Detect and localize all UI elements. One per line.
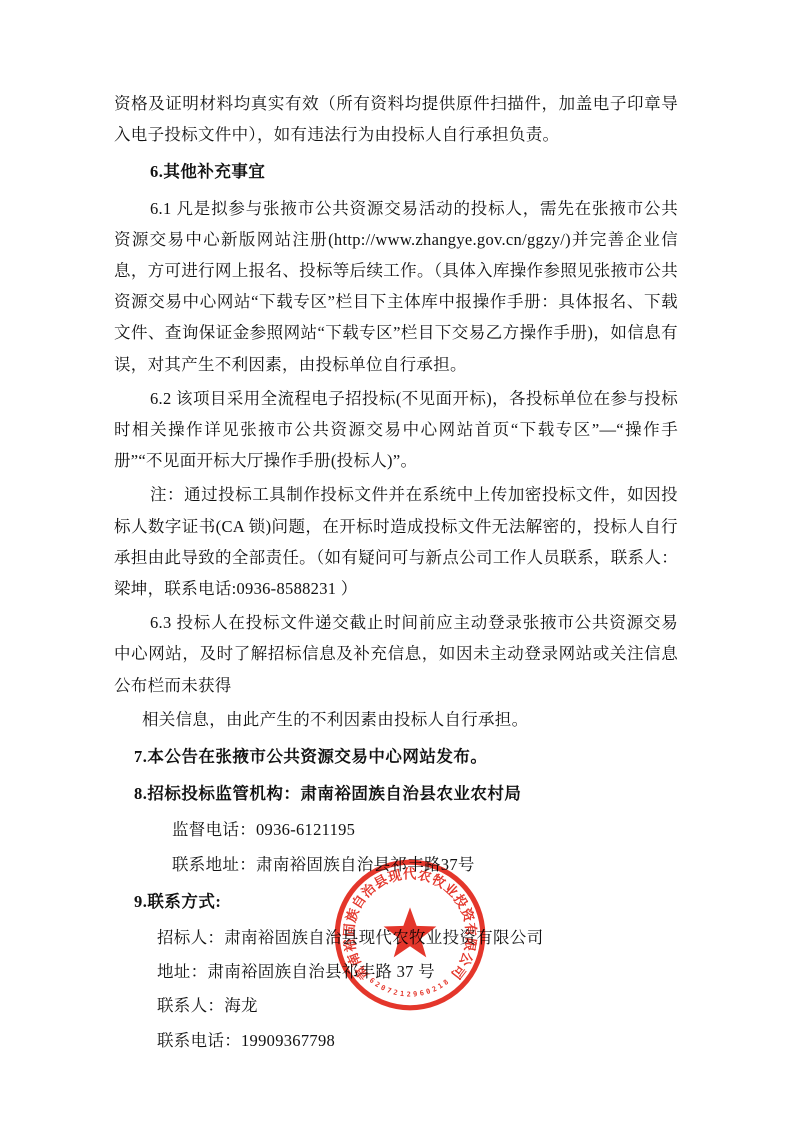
paragraph-6-2: 6.2 该项目采用全流程电子招投标(不见面开标)，各投标单位在参与投标时相关操作… [114, 383, 678, 477]
address-line: 地址：肃南裕固族自治县祁丰路 37 号 [157, 956, 678, 987]
tenderer-line: 招标人：肃南裕固族自治县现代农牧业投资有限公司 [157, 922, 678, 953]
supervision-address-line: 联系地址：肃南裕固族自治县祁丰路37号 [172, 849, 678, 880]
paragraph-6-1: 6.1 凡是拟参与张掖市公共资源交易活动的投标人，需先在张掖市公共资源交易中心新… [114, 193, 678, 380]
contact-person-line: 联系人：海龙 [157, 990, 678, 1021]
heading-section-8: 8.招标投标监管机构：肃南裕固族自治县农业农村局 [134, 778, 678, 809]
heading-section-6: 6.其他补充事宜 [150, 156, 678, 187]
heading-section-7: 7.本公告在张掖市公共资源交易中心网站发布。 [134, 741, 678, 772]
paragraph-materials-validity: 资格及证明材料均真实有效（所有资料均提供原件扫描件，加盖电子印章导入电子投标文件… [114, 88, 678, 150]
heading-section-9: 9.联系方式: [134, 886, 678, 917]
document-page: 资格及证明材料均真实有效（所有资料均提供原件扫描件，加盖电子印章导入电子投标文件… [0, 0, 793, 1122]
paragraph-note: 注：通过投标工具制作投标文件并在系统中上传加密投标文件，如因投标人数字证书(CA… [114, 479, 678, 604]
supervision-phone-line: 监督电话：0936-6121195 [172, 814, 678, 845]
contact-phone-line: 联系电话：19909367798 [157, 1025, 678, 1056]
paragraph-6-3-continued: 相关信息，由此产生的不利因素由投标人自行承担。 [142, 704, 678, 735]
document-content: 资格及证明材料均真实有效（所有资料均提供原件扫描件，加盖电子印章导入电子投标文件… [114, 88, 678, 1059]
paragraph-6-3: 6.3 投标人在投标文件递交截止时间前应主动登录张掖市公共资源交易中心网站，及时… [114, 607, 678, 701]
